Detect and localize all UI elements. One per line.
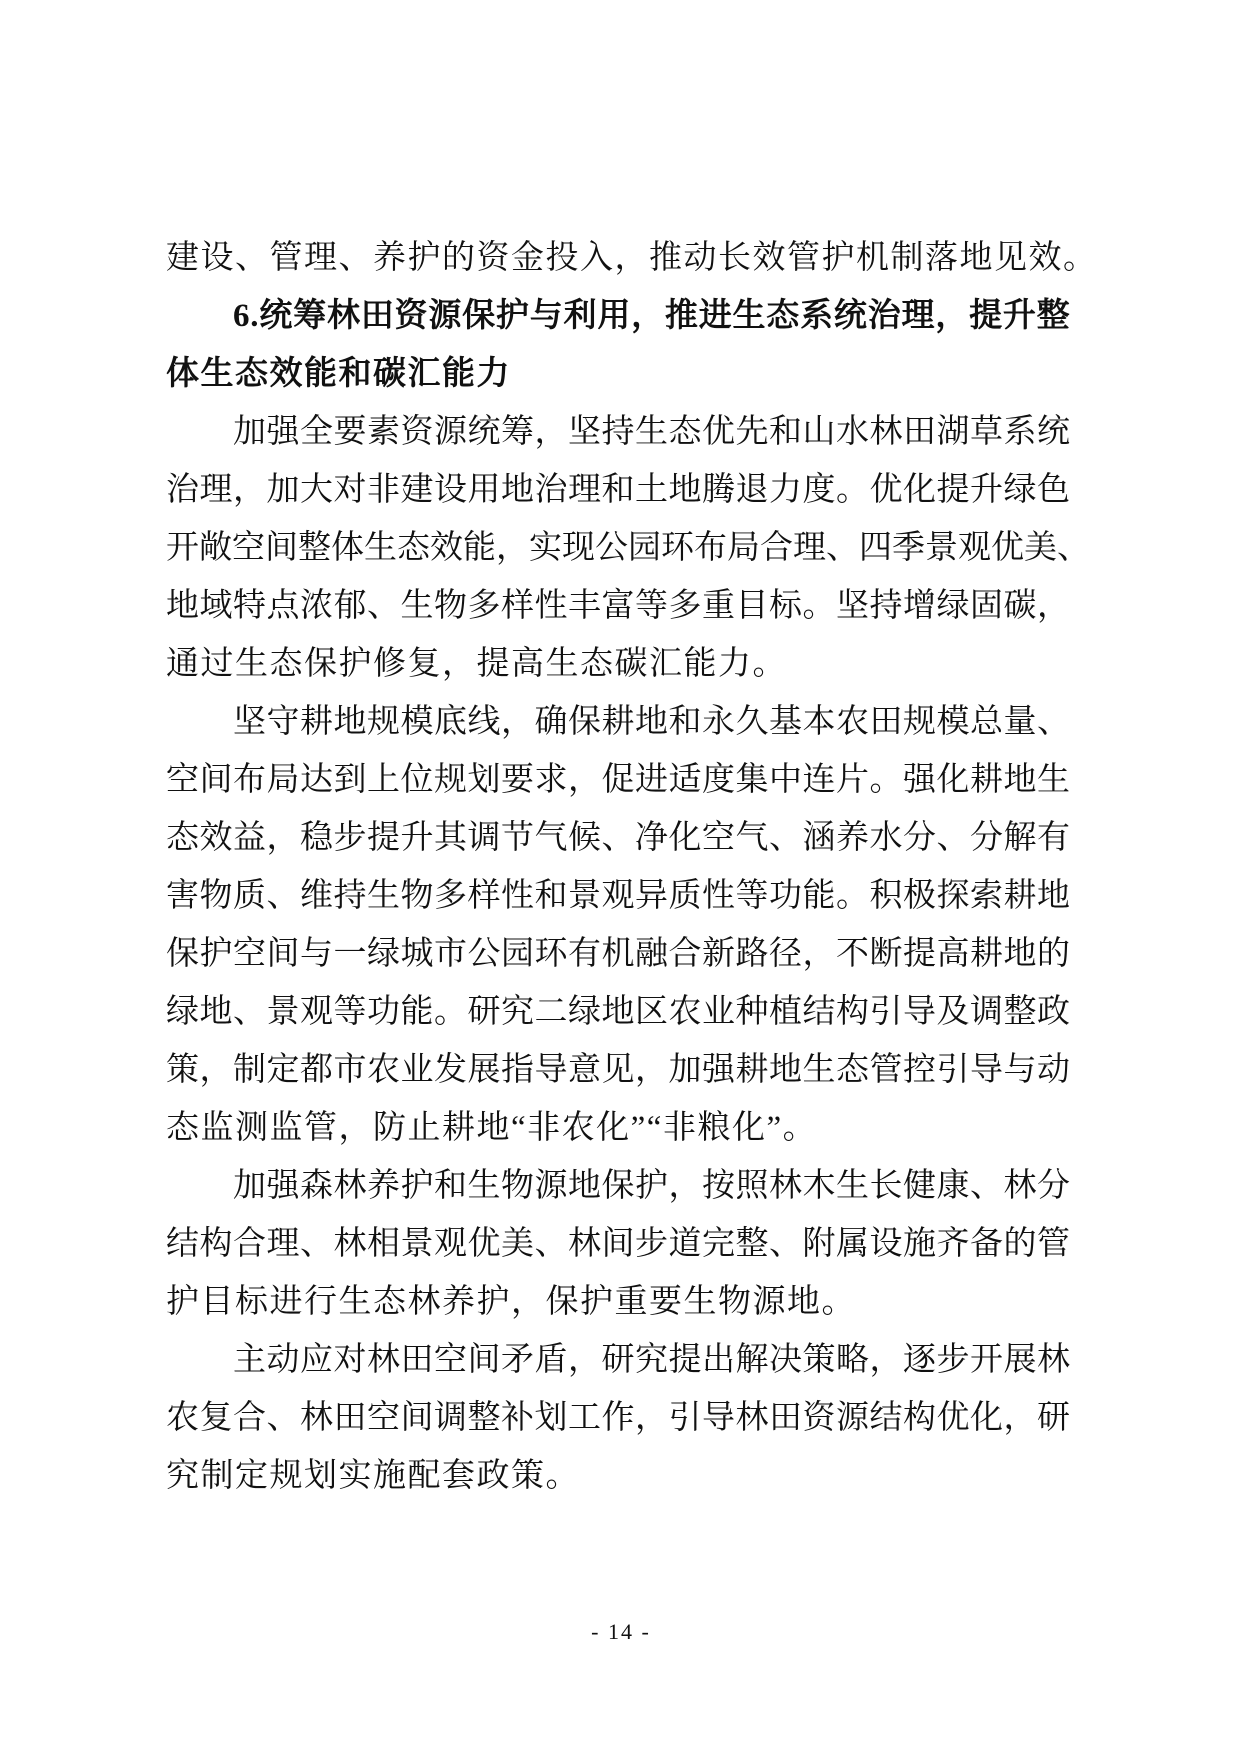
page-number: - 14 - [0, 1612, 1242, 1652]
body-text-line: 地域特点浓郁、生物多样性丰富等多重目标。坚持增绿固碳， [166, 577, 1070, 635]
body-text-line: 农复合、林田空间调整补划工作，引导林田资源结构优化，研 [166, 1389, 1070, 1447]
body-text-line: 护目标进行生态林养护，保护重要生物源地。 [166, 1273, 1070, 1331]
heading-line: 体生态效能和碳汇能力 [166, 345, 1070, 403]
body-text-line: 究制定规划实施配套政策。 [166, 1447, 1070, 1505]
body-text-line: 结构合理、林相景观优美、林间步道完整、附属设施齐备的管 [166, 1215, 1070, 1273]
body-text-line: 开敞空间整体生态效能，实现公园环布局合理、四季景观优美、 [166, 519, 1070, 577]
body-text-line: 坚守耕地规模底线，确保耕地和永久基本农田规模总量、 [166, 693, 1070, 751]
body-text-line: 空间布局达到上位规划要求，促进适度集中连片。强化耕地生 [166, 751, 1070, 809]
body-text-line: 加强森林养护和生物源地保护，按照林木生长健康、林分 [166, 1157, 1070, 1215]
document-body: 建设、管理、养护的资金投入，推动长效管护机制落地见效。6.统筹林田资源保护与利用… [166, 229, 1070, 1505]
body-text-line: 态效益，稳步提升其调节气候、净化空气、涵养水分、分解有 [166, 809, 1070, 867]
body-text-line: 害物质、维持生物多样性和景观异质性等功能。积极探索耕地 [166, 867, 1070, 925]
body-text-line: 主动应对林田空间矛盾，研究提出解决策略，逐步开展林 [166, 1331, 1070, 1389]
body-text-line: 保护空间与一绿城市公园环有机融合新路径，不断提高耕地的 [166, 925, 1070, 983]
document-page: 建设、管理、养护的资金投入，推动长效管护机制落地见效。6.统筹林田资源保护与利用… [0, 0, 1242, 1757]
body-text-line: 态监测监管，防止耕地“非农化”“非粮化”。 [166, 1099, 1070, 1157]
body-text-line: 绿地、景观等功能。研究二绿地区农业种植结构引导及调整政 [166, 983, 1070, 1041]
body-text-line: 策，制定都市农业发展指导意见，加强耕地生态管控引导与动 [166, 1041, 1070, 1099]
body-text-line: 治理，加大对非建设用地治理和土地腾退力度。优化提升绿色 [166, 461, 1070, 519]
body-text-line: 建设、管理、养护的资金投入，推动长效管护机制落地见效。 [166, 229, 1070, 287]
body-text-line: 通过生态保护修复，提高生态碳汇能力。 [166, 635, 1070, 693]
body-text-line: 加强全要素资源统筹，坚持生态优先和山水林田湖草系统 [166, 403, 1070, 461]
heading-line: 6.统筹林田资源保护与利用，推进生态系统治理，提升整 [166, 287, 1070, 345]
